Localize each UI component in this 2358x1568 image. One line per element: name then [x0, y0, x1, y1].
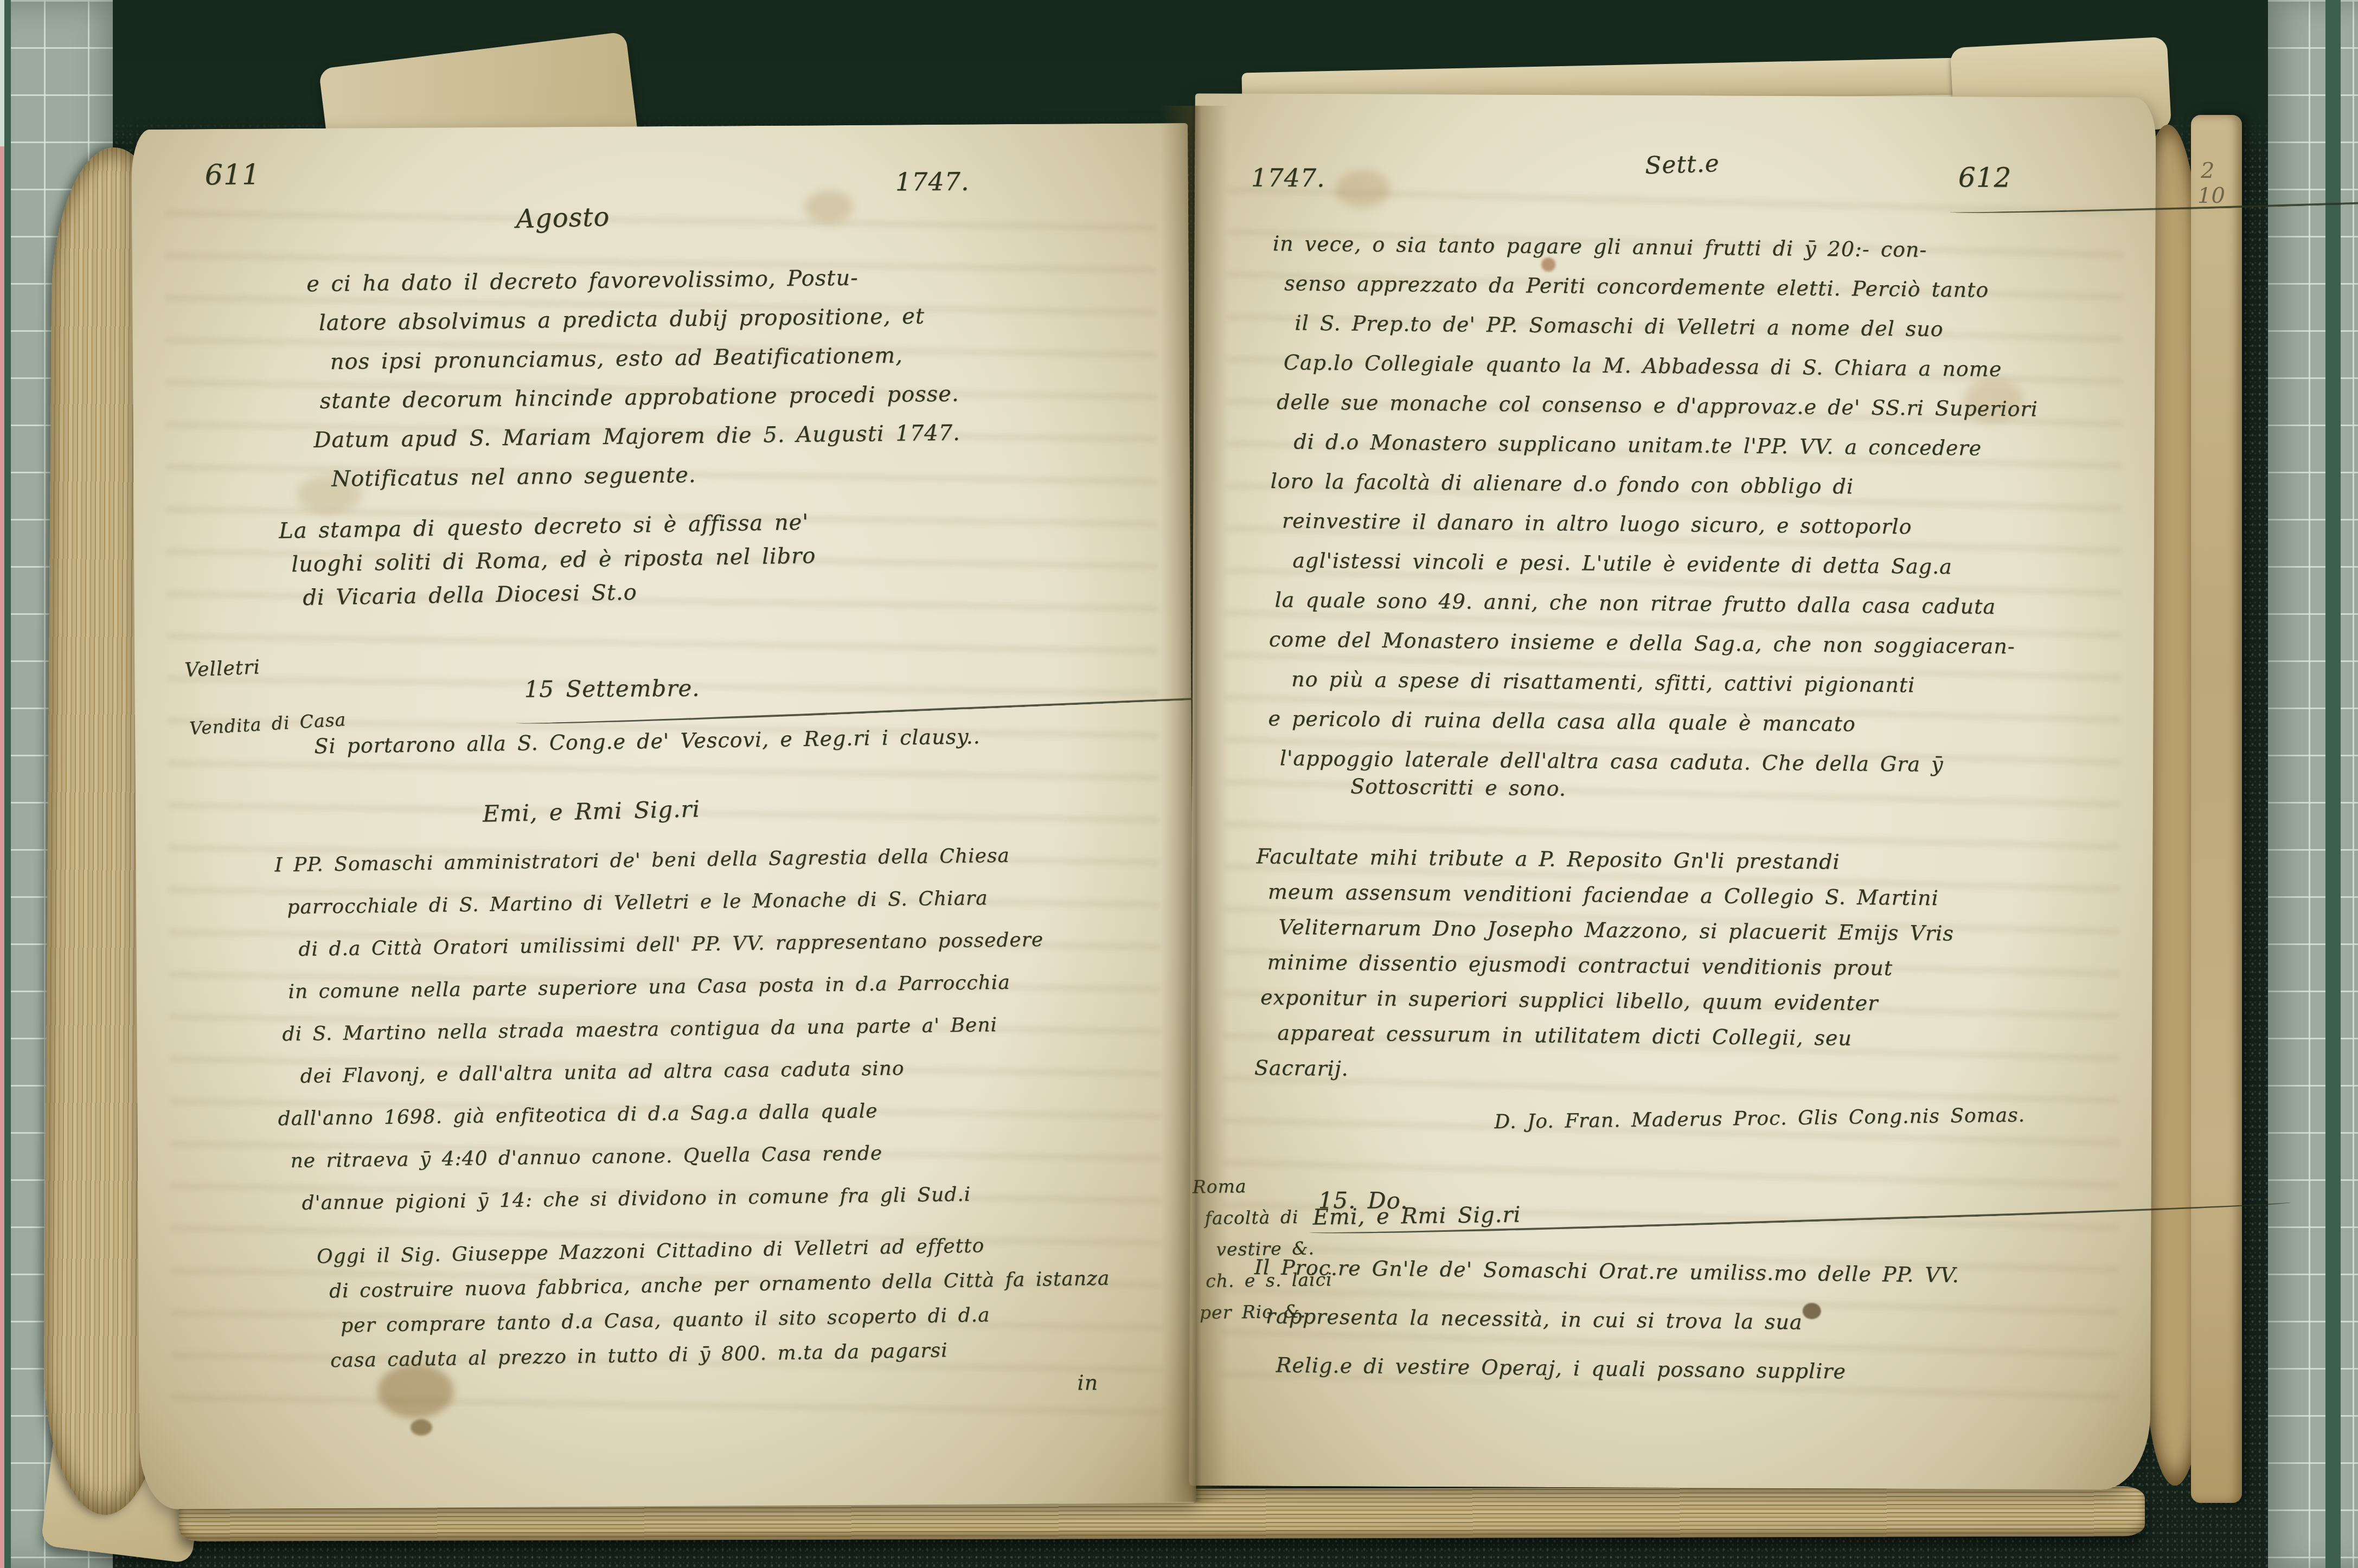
manuscript-line: nos ipsi pronunciamus, esto ad Beatifica…	[330, 336, 959, 382]
measuring-grid-right	[2265, 0, 2358, 1568]
catchword: in	[1077, 1371, 1098, 1395]
month-heading: Agosto	[516, 202, 610, 234]
manuscript-line: senso apprezzato da Periti concordemente…	[1284, 264, 2039, 310]
manuscript-line: no più a spese di risattamenti, sfitti, …	[1291, 659, 2035, 706]
margin-place-label: Velletri	[184, 656, 261, 682]
grid-dark-rule-right	[2325, 0, 2341, 1568]
margin-note-line: facoltà di	[1204, 1201, 1331, 1234]
manuscript-line: d'annue pigioni ȳ 14: che si dividono in…	[302, 1173, 1047, 1225]
left-page-paragraph-1: e ci ha dato il decreto favorevolissimo,…	[306, 258, 961, 499]
year-header: 1747.	[1251, 163, 1325, 193]
manuscript-line: in vece, o sia tanto pagare gli annui fr…	[1273, 224, 2040, 271]
manuscript-line: minime dissentio ejusmodi contractui ven…	[1267, 944, 1953, 986]
month-header: Sett.e	[1644, 150, 1720, 179]
manuscript-line: Cap.lo Collegiale quanto la M. Abbadessa…	[1283, 343, 2038, 389]
manuscript-line: Veliternarum Dno Josepho Mazzono, si pla…	[1278, 910, 1954, 952]
manuscript-line: Facultate mihi tribute a P. Reposito Gn'…	[1256, 839, 1955, 881]
fox-spot	[1336, 170, 1390, 208]
closing-line: Sottoscritti e sono.	[1350, 774, 1566, 801]
manuscript-line: rappresenta la necessità, in cui si trov…	[1265, 1291, 1959, 1348]
manuscript-page-right: 1747. Sett.e 612 in vece, o sia tanto pa…	[1189, 93, 2156, 1490]
manuscript-line: Datum apud S. Mariam Majorem die 5. Augu…	[313, 413, 960, 460]
manuscript-line: Notificatus nel anno seguente.	[331, 452, 961, 498]
left-page-paragraph-4: Oggi il Sig. Giuseppe Mazzoni Cittadino …	[316, 1226, 1111, 1378]
right-page-latin-paragraph: Facultate mihi tribute a P. Reposito Gn'…	[1254, 839, 1955, 1092]
manuscript-line: latore absolvimus a predicta dubij propo…	[318, 297, 959, 343]
manuscript-line: la quale sono 49. anni, che non ritrae f…	[1274, 580, 2036, 627]
margin-note-line: Roma	[1192, 1169, 1331, 1203]
right-page-paragraph-3: Il Proc.re Gn'le de' Somaschi Orat.re um…	[1253, 1243, 1959, 1397]
manuscript-line: stante decorum hincinde approbatione pro…	[319, 375, 960, 421]
year-header: 1747.	[895, 167, 970, 197]
color-calibration-strip	[0, 146, 4, 1568]
page-number: 612	[1958, 162, 2358, 197]
manuscript-line: e ci ha dato il decreto favorevolissimo,…	[306, 258, 959, 304]
salutation: Emi, e Rmi Sig.ri	[1312, 1202, 1521, 1230]
grid-dark-rule-left	[4, 0, 11, 1568]
manuscript-line: come del Monastero insieme e della Sag.a…	[1269, 620, 2036, 667]
submission-line: Si portarono alla S. Cong.e de' Vescovi,…	[314, 724, 981, 758]
manuscript-line: e pericolo di ruina della casa alla qual…	[1268, 699, 2035, 746]
manuscript-line: Sacrarij.	[1254, 1050, 1952, 1092]
left-page-paragraph-2: La stampa di questo decreto si è affissa…	[279, 505, 817, 615]
right-page-paragraph-1: in vece, o sia tanto pagare gli annui fr…	[1267, 224, 2039, 786]
manuscript-line: di d.o Monastero supplicano unitam.te l'…	[1293, 422, 2037, 468]
manuscript-line: loro la facoltà di alienare d.o fondo co…	[1270, 461, 2037, 509]
manuscript-line: delle sue monache col consenso e d'appro…	[1277, 382, 2038, 429]
fox-spot	[804, 190, 853, 223]
manuscript-line: Relig.e di vestire Operaj, i quali possa…	[1276, 1341, 1958, 1397]
manuscript-line: meum assensum venditioni faciendae a Col…	[1268, 874, 1955, 916]
parchment-cover-edge-right	[2191, 115, 2242, 1503]
page-number: 611	[205, 159, 261, 192]
manuscript-line: reinvestire il danaro in altro luogo sic…	[1282, 501, 2037, 548]
edge-light-sliver	[0, 0, 4, 146]
manuscript-line: agl'istessi vincoli e pesi. L'utile è ev…	[1292, 541, 2036, 587]
left-page-paragraph-3: I PP. Somaschi amministratori de' beni d…	[274, 834, 1047, 1225]
ink-stain	[411, 1419, 432, 1436]
manuscript-line: il S. Prep.to de' PP. Somaschi di Vellet…	[1295, 303, 2039, 350]
manuscript-line: appareat cessurum in utilitatem dicti Co…	[1277, 1016, 1953, 1057]
salutation: Emi, e Rmi Sig.ri	[482, 795, 700, 827]
manuscript-page-left: 611 1747. Agosto e ci ha dato il decreto…	[131, 123, 1196, 1509]
manuscript-line: Il Proc.re Gn'le de' Somaschi Orat.re um…	[1254, 1243, 1959, 1300]
manuscript-line: exponitur in superiori supplici libello,…	[1260, 980, 1953, 1021]
procurator-signature: D. Jo. Fran. Maderus Proc. Glis Cong.nis…	[1494, 1104, 2025, 1133]
